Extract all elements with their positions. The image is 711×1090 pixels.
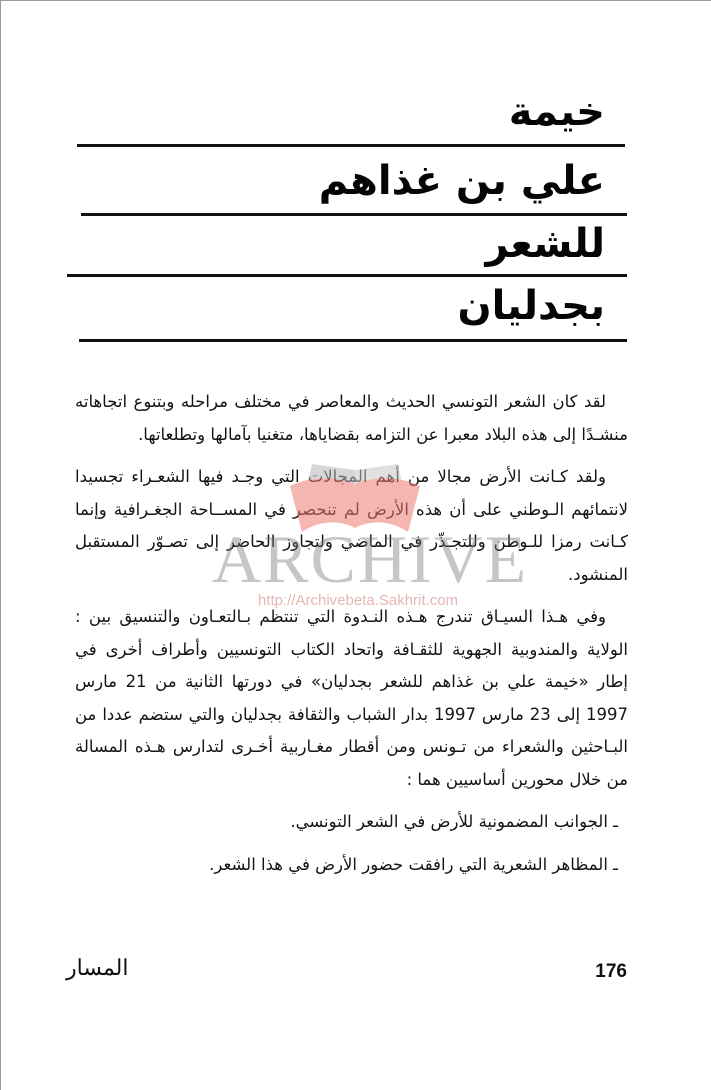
title-line-3: للشعر [485, 220, 605, 268]
title-line-2: علي بن غذاهم [319, 157, 605, 205]
bullet-item-2: ـ المظاهر الشعرية التي رافقت حضور الأرض … [75, 849, 618, 882]
title-line-4: بجدليان [458, 282, 605, 330]
title-rule-1 [77, 144, 625, 147]
article-body: لقد كان الشعر التونسي الحديث والمعاصر في… [75, 386, 628, 891]
title-block: خيمة علي بن غذاهم للشعر بجدليان [0, 0, 711, 360]
title-rule-4 [79, 339, 627, 342]
title-rule-3 [67, 274, 627, 277]
title-line-1: خيمة [509, 88, 605, 136]
bullet-item-1: ـ الجوانب المضمونية للأرض في الشعر التون… [75, 806, 618, 839]
journal-name: المسار [66, 956, 129, 981]
page-number: 176 [595, 961, 627, 983]
title-rule-2 [81, 213, 627, 216]
paragraph-1: لقد كان الشعر التونسي الحديث والمعاصر في… [75, 386, 628, 451]
paragraph-2: ولقد كـانت الأرض مجالا من أهم المجالات ا… [75, 461, 628, 591]
paragraph-3: وفي هـذا السيـاق تندرج هـذه النـدوة التي… [75, 601, 628, 796]
